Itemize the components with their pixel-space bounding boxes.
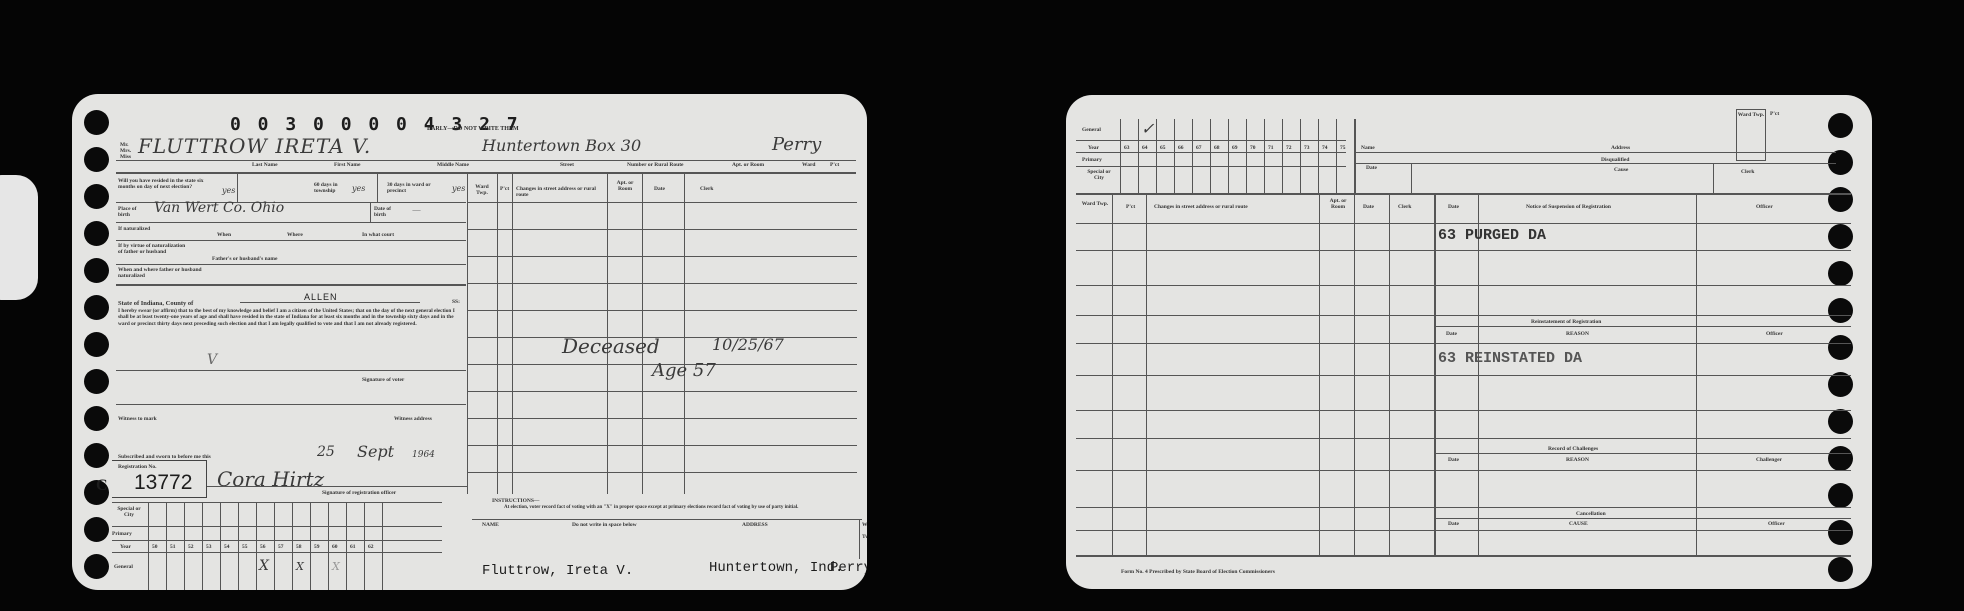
punch-hole-icon — [84, 147, 109, 172]
registration-box: Registration No. 13772 — [112, 460, 207, 498]
instructions-text: At election, voter record fact of voting… — [504, 505, 844, 511]
year-cell: 68 — [1214, 145, 1220, 151]
punch-hole-icon — [1828, 224, 1853, 249]
col-clerk: Clerk — [700, 186, 713, 192]
father-when-where-label: When and where father or husband natural… — [118, 267, 208, 279]
divider — [116, 284, 466, 286]
cancellation-cause-label: CAUSE — [1569, 521, 1588, 527]
year-cell: 52 — [188, 544, 194, 550]
row-line — [467, 229, 857, 230]
back-grid-year: Year — [1088, 145, 1099, 151]
birthplace-label: Place of birth — [118, 206, 148, 218]
col-apt: Apt. or Room — [610, 180, 640, 192]
last-name-label: Last Name — [252, 162, 278, 168]
birthplace-value: Van Wert Co. Ohio — [154, 200, 284, 216]
witness-address-label: Witness address — [394, 416, 432, 422]
footer-nowrite-label: Do not write in space below — [572, 522, 637, 528]
vote-mark-icon: X — [332, 560, 340, 573]
father-naturalization-label: If by virtue of naturalization of father… — [118, 243, 188, 255]
registrar-label: Signature of registration officer — [322, 490, 396, 496]
dob-label: Date of birth — [374, 206, 404, 218]
row-line — [1076, 375, 1851, 376]
suspension-entry: 63 PURGED DA — [1438, 227, 1546, 244]
row-line — [1076, 285, 1851, 286]
year-cell: 51 — [170, 544, 176, 550]
reinstatement-officer-label: Officer — [1766, 331, 1783, 337]
oath-text: I hereby swear (or affirm) that to the b… — [118, 308, 463, 327]
registrar-signature: Cora Hirtz — [217, 467, 324, 491]
row-line — [1076, 250, 1851, 251]
divider — [1436, 518, 1851, 519]
year-cell: 57 — [278, 544, 284, 550]
vote-mark-icon: ✓ — [1141, 119, 1154, 138]
row-line — [1076, 315, 1851, 316]
vote-mark-icon: X — [259, 558, 269, 574]
registration-card-back: General Year Primary Special or City 63 … — [1066, 95, 1872, 589]
table-border — [467, 174, 468, 494]
row-line — [467, 256, 857, 257]
signature-label: Signature of voter — [362, 377, 404, 383]
back-grid-general: General — [1082, 127, 1101, 133]
footer-ward-label: Ward — [862, 522, 867, 528]
registration-number: 13772 — [134, 471, 192, 495]
year-cell: 50 — [152, 544, 158, 550]
row-line — [467, 202, 857, 203]
back-col-pct: P'ct — [1126, 204, 1135, 210]
divider — [1411, 163, 1412, 193]
title-prefix: Mr. Mrs. Miss — [120, 142, 134, 160]
year-cell: 70 — [1250, 145, 1256, 151]
punch-hole-icon — [1828, 483, 1853, 508]
punch-hole-icon — [84, 184, 109, 209]
row-line — [467, 283, 857, 284]
back-address-label: Address — [1611, 145, 1630, 151]
divider — [1076, 193, 1851, 195]
precinct-handwritten: Perry — [772, 134, 821, 155]
vote-mark-icon: X — [296, 560, 304, 573]
middle-name-label: Middle Name — [437, 162, 469, 168]
registration-card-front: 0 0 3 0 0 0 0 4 3 2 7 EARLY—DO NOT WRITE… — [72, 94, 867, 590]
row-line — [1076, 555, 1851, 557]
divider — [116, 172, 856, 174]
row-line — [1076, 223, 1851, 224]
divider — [116, 160, 856, 161]
challenges-challenger-label: Challenger — [1756, 457, 1782, 463]
year-cell: 72 — [1286, 145, 1292, 151]
punch-hole-icon — [84, 406, 109, 431]
row-line — [467, 418, 857, 419]
deceased-date: 10/25/67 — [712, 335, 784, 354]
signature-line — [116, 370, 466, 371]
typed-name: Fluttrow, Ireta V. — [482, 563, 633, 579]
back-cause-label: Cause — [1614, 167, 1628, 173]
year-cell: 67 — [1196, 145, 1202, 151]
punch-hole-icon — [84, 110, 109, 135]
header-note: EARLY—DO NOT WRITE THEM — [427, 125, 519, 133]
number-label: Number or Rural Route — [627, 162, 683, 168]
year-cell: 75 — [1340, 145, 1346, 151]
punch-hole-icon — [1828, 446, 1853, 471]
deceased-age: Age 57 — [652, 360, 716, 381]
divider — [237, 174, 238, 202]
first-name-label: First Name — [334, 162, 360, 168]
punch-hole-icon — [1828, 113, 1853, 138]
table-border — [512, 174, 513, 494]
reinstatement-date-label: Date — [1446, 331, 1457, 337]
voter-mark: V — [207, 352, 217, 368]
address-handwritten: Huntertown Box 30 — [482, 136, 641, 155]
residence-question: Will you have resided in the state six m… — [118, 178, 213, 190]
year-cell: 73 — [1304, 145, 1310, 151]
punch-hole-icon — [1828, 557, 1853, 582]
oath-ss: SS: — [452, 299, 460, 305]
year-cell: 62 — [368, 544, 374, 550]
subscribed-day: 25 — [317, 444, 335, 460]
year-cell: 71 — [1268, 145, 1274, 151]
street-label: Street — [560, 162, 574, 168]
ward-residence-label: 30 days in ward or precinct — [387, 182, 447, 194]
year-cell: 60 — [332, 544, 338, 550]
reinstatement-title: Reinstatement of Registration — [1531, 319, 1601, 325]
divider — [116, 222, 466, 223]
punch-holes-left — [84, 94, 114, 590]
divider — [1356, 163, 1836, 164]
subscribed-year: 1964 — [412, 450, 435, 460]
row-line — [467, 310, 857, 311]
punch-hole-icon — [1828, 261, 1853, 286]
reinstatement-entry: 63 REINSTATED DA — [1438, 350, 1582, 367]
grid-row-year: Year — [120, 544, 131, 550]
punch-hole-icon — [84, 369, 109, 394]
naturalized-where-label: Where — [287, 232, 303, 238]
dob-value: — — [412, 206, 421, 216]
punch-hole-icon — [84, 517, 109, 542]
subscribed-month: Sept — [357, 442, 394, 461]
year-cell: 59 — [314, 544, 320, 550]
divider — [377, 174, 378, 202]
divider — [859, 519, 860, 559]
deceased-note: Deceased — [562, 334, 660, 358]
col-ward: Ward Twp. — [470, 184, 494, 196]
ward-label: Ward — [802, 162, 815, 168]
punch-hole-icon — [84, 258, 109, 283]
challenges-reason-label: REASON — [1566, 457, 1589, 463]
year-cell: 74 — [1322, 145, 1328, 151]
row-line — [1076, 410, 1851, 411]
punch-hole-icon — [1828, 409, 1853, 434]
father-name-label: Father's or husband's name — [212, 256, 277, 262]
year-cell: 54 — [224, 544, 230, 550]
divider — [1713, 163, 1714, 193]
reinstatement-reason-label: REASON — [1566, 331, 1589, 337]
punch-hole-icon — [1828, 520, 1853, 545]
year-cell: 56 — [260, 544, 266, 550]
year-cell: 58 — [296, 544, 302, 550]
back-col-ward: Ward Twp. — [1078, 201, 1112, 207]
registrar-line — [207, 486, 467, 487]
cancellation-title: Cancellation — [1576, 511, 1606, 517]
punch-hole-icon — [84, 295, 109, 320]
punch-hole-icon — [1828, 298, 1853, 323]
punch-hole-icon — [84, 332, 109, 357]
divider — [472, 519, 862, 520]
year-cell: 55 — [242, 544, 248, 550]
voter-name-handwritten: FLUTTROW IRETA V. — [138, 134, 371, 158]
row-line — [467, 337, 857, 338]
footer-address-label: ADDRESS — [742, 522, 768, 528]
row-line — [467, 391, 857, 392]
year-cell: 53 — [206, 544, 212, 550]
row-line — [1076, 530, 1851, 531]
row-line — [467, 445, 857, 446]
year-cell: 69 — [1232, 145, 1238, 151]
col-pct: P'ct — [500, 186, 509, 192]
divider — [1436, 326, 1851, 327]
row-line — [1076, 343, 1851, 344]
punch-holes-right — [1828, 95, 1858, 589]
year-cell: 64 — [1142, 145, 1148, 151]
grid-row-primary: Primary — [112, 531, 132, 537]
back-col-date: Date — [1363, 204, 1374, 210]
naturalized-when-label: When — [217, 232, 231, 238]
divider — [116, 264, 466, 265]
back-grid-special: Special or City — [1082, 169, 1116, 181]
pct-label: P'ct — [830, 162, 839, 168]
row-line — [1076, 470, 1851, 471]
cancellation-officer-label: Officer — [1768, 521, 1785, 527]
naturalized-court-label: In what court — [362, 232, 394, 238]
registration-label: Registration No. — [118, 464, 157, 470]
witness-line — [116, 404, 466, 405]
table-border — [684, 174, 685, 494]
cancellation-date-label: Date — [1448, 521, 1459, 527]
year-cell: 66 — [1178, 145, 1184, 151]
punch-hole-icon — [84, 554, 109, 579]
back-col-clerk: Clerk — [1398, 204, 1411, 210]
adjacent-card-edge — [0, 175, 38, 300]
col-date: Date — [654, 186, 665, 192]
county-underline — [240, 302, 420, 303]
vote-grid-back: 63 64✓ 65 66 67 68 69 70 71 72 73 74 75 — [1120, 119, 1356, 193]
row-line — [467, 472, 857, 473]
grid-row-special: Special or City — [112, 506, 146, 518]
row-line — [1076, 438, 1851, 439]
year-cell: 65 — [1160, 145, 1166, 151]
witness-label: Witness to mark — [118, 416, 157, 422]
year-cell: 63 — [1124, 145, 1130, 151]
township-answer: yes — [352, 184, 365, 193]
year-cell: 61 — [350, 544, 356, 550]
vote-grid-front: 50 51 52 53 54 55 56X 57 58X 59 60X 61 6… — [148, 502, 383, 590]
back-col-apt: Apt. or Room — [1323, 198, 1353, 210]
challenges-title: Record of Challenges — [1548, 446, 1598, 452]
punch-hole-icon — [84, 221, 109, 246]
typed-precinct: Perry — [830, 560, 867, 576]
instructions-title: INSTRUCTIONS— — [492, 498, 539, 504]
challenges-date-label: Date — [1448, 457, 1459, 463]
residence-answer: yes — [222, 186, 235, 195]
punch-hole-icon — [84, 443, 109, 468]
ward-label: Ward Twp. — [1737, 110, 1765, 118]
suspension-date-label: Date — [1448, 204, 1459, 210]
col-changes: Changes in street address or rural route — [516, 186, 606, 198]
form-footer: Form No. 4 Prescribed by State Board of … — [1121, 569, 1275, 575]
back-grid-primary: Primary — [1082, 157, 1102, 163]
oath-state-label: State of Indiana, County of — [118, 301, 193, 307]
back-pct-label: P'ct — [1770, 111, 1779, 117]
suspension-notice-label: Notice of Suspension of Registration — [1526, 204, 1611, 210]
county-value: ALLEN — [304, 292, 338, 302]
ward-residence-answer: yes — [452, 184, 465, 193]
apt-label: Apt. or Room — [732, 162, 764, 168]
footer-name-label: NAME — [482, 522, 499, 528]
divider — [370, 202, 371, 222]
back-col-changes: Changes in street address or rural route — [1154, 204, 1248, 210]
back-clerk-label: Clerk — [1741, 169, 1754, 175]
back-name-label: Name — [1361, 145, 1375, 151]
naturalized-label: If naturalized — [118, 226, 158, 232]
grid-row-general: General — [114, 564, 133, 570]
ward-box: Ward Twp. — [1736, 109, 1766, 161]
punch-hole-icon — [1828, 187, 1853, 212]
divider — [1436, 453, 1851, 454]
footer-twp-label: Twp. — [862, 534, 867, 540]
typed-address: Huntertown, Ind. — [709, 560, 843, 576]
punch-hole-icon — [1828, 335, 1853, 360]
suspension-officer-label: Officer — [1756, 204, 1773, 210]
table-border — [497, 174, 498, 494]
back-date-label: Date — [1366, 165, 1377, 171]
divider — [116, 240, 466, 241]
row-line — [1076, 507, 1851, 508]
side-letter: C — [96, 477, 108, 495]
